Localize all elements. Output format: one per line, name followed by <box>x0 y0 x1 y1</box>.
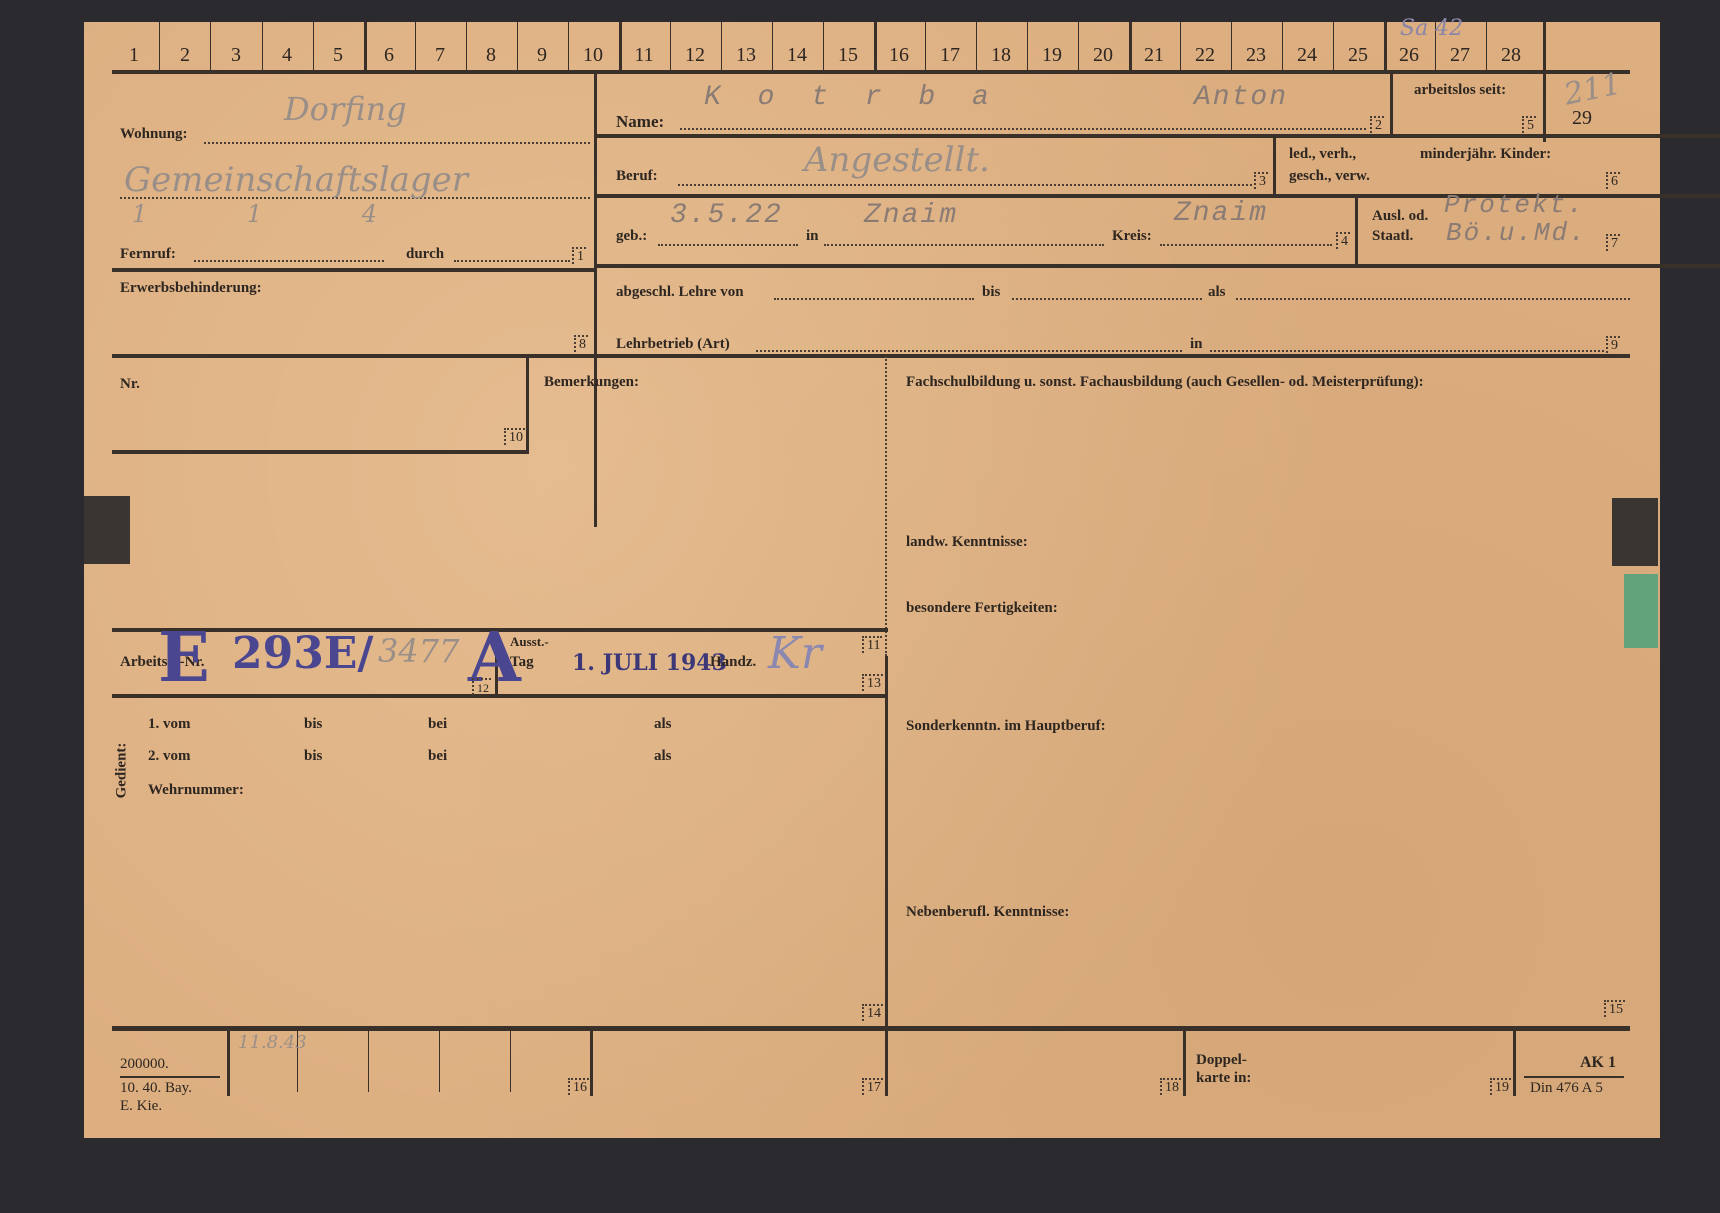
arbeitslos-label: arbeitslos seit: <box>1414 82 1506 99</box>
nr-box-right <box>526 356 529 452</box>
footer-top-rule <box>112 1026 1630 1031</box>
footer-divider <box>885 1028 888 1096</box>
footer-divider <box>1513 1028 1516 1096</box>
rule-family-left <box>1273 136 1276 196</box>
beruf-field[interactable] <box>678 184 1252 186</box>
strip-divider-29 <box>1543 22 1546 142</box>
column-number: 3 <box>216 44 256 67</box>
strip-divider <box>568 22 569 70</box>
handwritten-number: 3477 <box>378 632 459 670</box>
column-number: 9 <box>522 44 562 67</box>
handwritten-footer-date: 11.8.43 <box>238 1032 307 1053</box>
left-right-divider <box>594 72 597 527</box>
strip-divider <box>159 22 160 70</box>
service-row-1-als: als <box>654 716 672 733</box>
column-number: 24 <box>1287 44 1327 67</box>
strip-divider <box>517 22 518 70</box>
field-number-15: 15 <box>1604 1000 1625 1017</box>
din-code: Din 476 A 5 <box>1530 1080 1603 1097</box>
field-number-2: 2 <box>1370 116 1384 133</box>
fernruf-field[interactable] <box>194 260 384 262</box>
column-number: 20 <box>1083 44 1123 67</box>
stamp-number: 293E/ <box>232 628 373 679</box>
footer-divider-thin <box>439 1028 440 1092</box>
column-number: 12 <box>675 44 715 67</box>
strip-divider <box>1078 22 1079 70</box>
column-number: 17 <box>930 44 970 67</box>
geb-label: geb.: <box>616 228 647 245</box>
rule-staat-left <box>1355 196 1358 266</box>
firstname-value: Anton <box>1194 82 1288 113</box>
rule-arbeitslos-left <box>1390 72 1393 136</box>
strip-divider <box>1333 22 1334 70</box>
green-crayon-mark <box>1624 574 1658 648</box>
lehrbetrieb-in-field[interactable] <box>1210 350 1604 352</box>
birthplace-value: Znaim <box>864 200 958 231</box>
service-row-2-bis: bis <box>304 748 322 765</box>
fertigkeiten-label: besondere Fertigkeiten: <box>906 600 1058 617</box>
column-number: 5 <box>318 44 358 67</box>
beruf-value: Angestellt. <box>804 140 990 180</box>
field-number-6: 6 <box>1606 172 1620 189</box>
rule-below-fernruf <box>112 268 596 272</box>
kreis-value: Znaim <box>1174 198 1268 229</box>
rule-below-geb <box>596 264 1720 268</box>
field-number-5: 5 <box>1522 116 1536 133</box>
birthplace-field[interactable] <box>824 244 1104 246</box>
bemerkungen-divider <box>885 356 887 656</box>
name-field[interactable] <box>680 128 1366 130</box>
column-number: 11 <box>624 44 664 67</box>
column-number: 14 <box>777 44 817 67</box>
lehre-label: abgeschl. Lehre von <box>616 284 744 301</box>
marital-status-line-1[interactable]: led., verh., <box>1289 146 1356 163</box>
marital-status-line-2[interactable]: gesch., verw. <box>1289 168 1370 185</box>
print-date: 10. 40. Bay. <box>120 1080 192 1097</box>
strip-bottom-rule <box>112 70 1630 74</box>
wehrnummer-label: Wehrnummer: <box>148 782 244 799</box>
nr-label: Nr. <box>120 376 140 393</box>
service-row-2-bei: bei <box>428 748 447 765</box>
beruf-label: Beruf: <box>616 168 658 185</box>
durch-field[interactable] <box>454 260 570 262</box>
field-number-7: 7 <box>1606 234 1620 251</box>
surname-value: K o t r b a <box>704 82 999 113</box>
footer-divider <box>1183 1028 1186 1096</box>
column-number: 1 <box>114 44 154 67</box>
field-number-1: 1 <box>572 247 586 264</box>
footer-divider <box>227 1028 230 1096</box>
gedient-label: Gedient: <box>113 743 130 799</box>
print-by: E. Kie. <box>120 1098 162 1115</box>
birthdate-value: 3.5.22 <box>670 200 783 231</box>
strip-divider <box>874 22 877 70</box>
strip-divider <box>1486 22 1487 70</box>
strip-divider <box>210 22 211 70</box>
column-number: 28 <box>1491 44 1531 67</box>
column-number: 23 <box>1236 44 1276 67</box>
handz-label: Handz. <box>710 654 756 671</box>
erwerbsbehinderung-label: Erwerbsbehinderung: <box>120 280 262 297</box>
stamp-letter-e: E <box>158 618 210 698</box>
column-number: 8 <box>471 44 511 67</box>
print-run-rule <box>120 1076 220 1078</box>
footer-divider <box>590 1028 593 1096</box>
field-number-9: 9 <box>1606 336 1620 353</box>
employment-record-card: 1 2 3 4 5 6 7 8 9 10 11 12 13 14 15 16 1… <box>84 22 1660 1138</box>
column-number: 16 <box>879 44 919 67</box>
service-right-divider <box>885 656 888 1032</box>
service-row-2-als: als <box>654 748 672 765</box>
kreis-field[interactable] <box>1160 244 1332 246</box>
field-number-4: 4 <box>1336 232 1350 249</box>
strip-divider <box>619 22 622 70</box>
ausst-label-2: Tag <box>510 654 534 671</box>
handz-value: Kr <box>768 628 822 679</box>
strip-divider <box>1129 22 1132 70</box>
column-number: 25 <box>1338 44 1378 67</box>
field-number-10: 10 <box>504 428 525 445</box>
sonderkenntnisse-label: Sonderkenntn. im Hauptberuf: <box>906 718 1106 735</box>
field-number-8: 8 <box>574 335 588 352</box>
lehrbetrieb-field[interactable] <box>756 350 1182 352</box>
nebenberuf-label: Nebenberufl. Kenntnisse: <box>906 904 1069 921</box>
column-number: 26 <box>1389 44 1429 67</box>
column-number: 2 <box>165 44 205 67</box>
column-number: 13 <box>726 44 766 67</box>
wohnung-line-1[interactable] <box>204 142 590 144</box>
field-number-11: 11 <box>862 636 882 653</box>
field-number-13: 13 <box>862 674 883 691</box>
ausst-label-1: Ausst.- <box>510 634 549 650</box>
strip-divider <box>313 22 314 70</box>
column-number: 19 <box>1032 44 1072 67</box>
column-number: 10 <box>573 44 613 67</box>
strip-divider <box>1384 22 1387 70</box>
footer-divider-thin <box>368 1028 369 1092</box>
staat-value-1: Protekt. <box>1444 190 1585 220</box>
strip-divider <box>721 22 722 70</box>
lehrbetrieb-label: Lehrbetrieb (Art) <box>616 336 730 353</box>
field-number-19: 19 <box>1490 1078 1511 1095</box>
form-code: AK 1 <box>1580 1054 1616 1072</box>
strip-divider <box>1180 22 1181 70</box>
service-row-1-bis: bis <box>304 716 322 733</box>
lehrbetrieb-in-label: in <box>1190 336 1203 353</box>
right-index-mark <box>1612 498 1658 566</box>
wohnung-label: Wohnung: <box>120 126 188 143</box>
handwritten-mark-26-27: Sa 42 <box>1400 16 1463 41</box>
rule-below-top-section <box>112 354 1630 358</box>
nr-box-bottom <box>112 450 529 454</box>
landw-label: landw. Kenntnisse: <box>906 534 1028 551</box>
lehre-als-field[interactable] <box>1236 298 1630 300</box>
fachschul-label: Fachschulbildung u. sonst. Fachausbildun… <box>906 374 1424 391</box>
staat-value-2: Bö.u.Md. <box>1446 218 1587 248</box>
strip-divider <box>415 22 416 70</box>
field-number-12: 12 <box>472 678 491 695</box>
column-number: 15 <box>828 44 868 67</box>
service-row-1-vom: 1. vom <box>148 716 191 733</box>
strip-divider <box>772 22 773 70</box>
birthplace-in-label: in <box>806 228 819 245</box>
field-number-14: 14 <box>862 1004 883 1021</box>
issue-date-stamp: 1. JULI 1943 <box>572 650 727 676</box>
strip-divider <box>1282 22 1283 70</box>
column-number: 27 <box>1440 44 1480 67</box>
column-number: 7 <box>420 44 460 67</box>
form-code-rule <box>1524 1076 1624 1078</box>
column-number: 21 <box>1134 44 1174 67</box>
column-number: 6 <box>369 44 409 67</box>
durch-label: durch <box>406 246 444 263</box>
fernruf-label: Fernruf: <box>120 246 176 263</box>
geb-field[interactable] <box>658 244 798 246</box>
bemerkungen-label: Bemerkungen: <box>544 374 639 391</box>
print-run: 200000. <box>120 1056 169 1073</box>
strip-divider <box>262 22 263 70</box>
footer-divider-thin <box>510 1028 511 1092</box>
strip-divider <box>364 22 367 70</box>
service-row-1-bei: bei <box>428 716 447 733</box>
left-index-mark <box>84 496 130 564</box>
service-row-2-vom: 2. vom <box>148 748 191 765</box>
strip-divider <box>466 22 467 70</box>
column-number: 18 <box>981 44 1021 67</box>
strip-divider <box>823 22 824 70</box>
staat-label-2: Staatl. <box>1372 228 1413 245</box>
strip-divider <box>670 22 671 70</box>
wohnung-value-1: Dorfing <box>284 90 407 128</box>
kinder-label: minderjähr. Kinder: <box>1420 146 1551 163</box>
field-number-17: 17 <box>862 1078 883 1095</box>
wohnung-value-2: Gemeinschaftslager <box>124 160 468 200</box>
lehre-bis-label: bis <box>982 284 1000 301</box>
name-label: Name: <box>616 112 664 132</box>
staat-label-1: Ausl. od. <box>1372 208 1428 225</box>
rule-29 <box>1543 134 1630 138</box>
lehre-von-field[interactable] <box>774 298 974 300</box>
strip-divider <box>1231 22 1232 70</box>
strip-divider <box>925 22 926 70</box>
doppelkarte-label-2: karte in: <box>1196 1070 1251 1087</box>
lehre-bis-field[interactable] <box>1012 298 1202 300</box>
strip-divider <box>1027 22 1028 70</box>
column-number: 22 <box>1185 44 1225 67</box>
strip-divider <box>976 22 977 70</box>
lehre-als-label: als <box>1208 284 1226 301</box>
wohnung-value-2-suffix: 1 1 4 <box>132 200 423 228</box>
doppelkarte-label-1: Doppel- <box>1196 1052 1247 1069</box>
field-number-3: 3 <box>1254 172 1268 189</box>
field-number-16: 16 <box>568 1078 589 1095</box>
field-number-18: 18 <box>1160 1078 1181 1095</box>
column-number: 4 <box>267 44 307 67</box>
kreis-label: Kreis: <box>1112 228 1152 245</box>
